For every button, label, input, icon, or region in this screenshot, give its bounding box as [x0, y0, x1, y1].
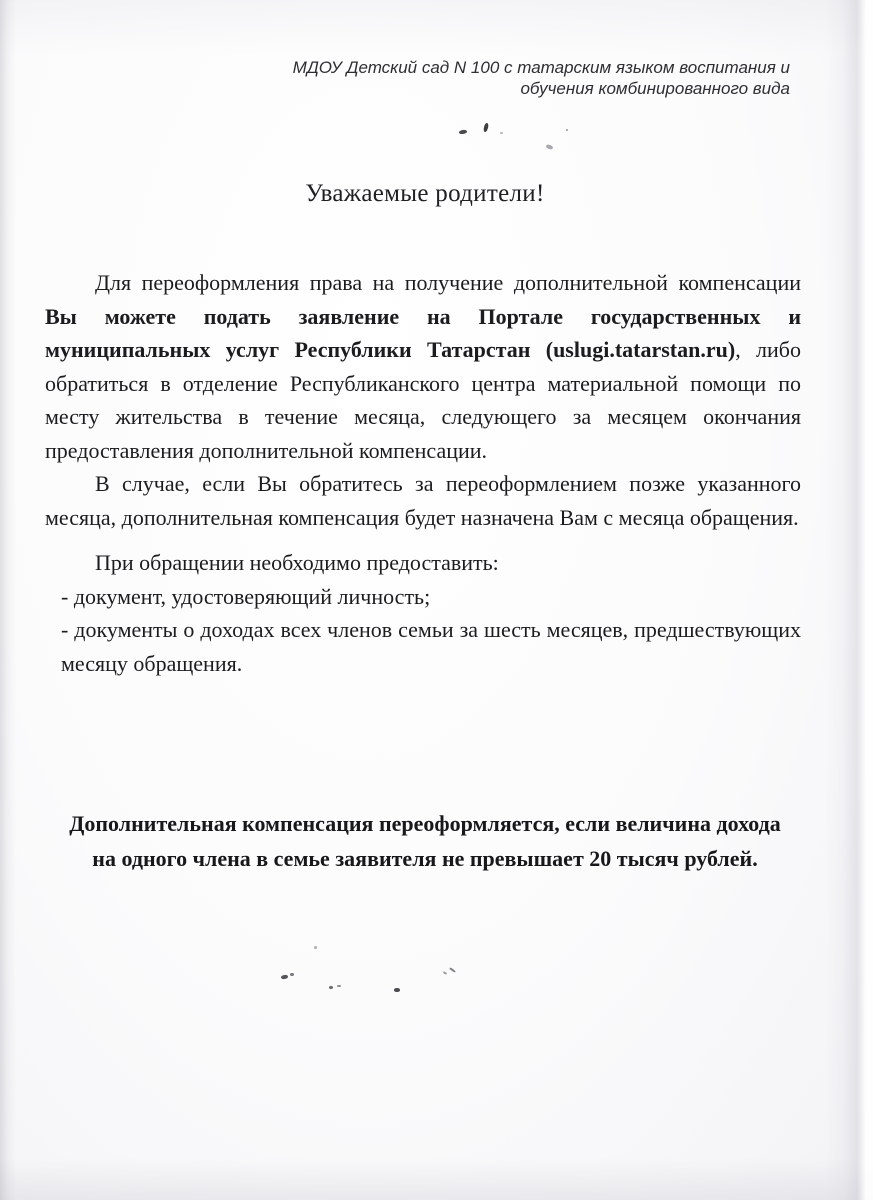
- requirements-intro: При обращении необходимо предоставить:: [45, 546, 801, 580]
- paragraph-reissue-info-portal-bold: Вы можете подать заявление на Портале го…: [45, 304, 801, 363]
- requirement-item-income: - документы о доходах всех членов семьи …: [61, 613, 801, 680]
- ink-speck: [394, 988, 400, 992]
- ink-speck: [290, 973, 294, 976]
- letter-body: Для переоформления права на получение до…: [45, 266, 801, 680]
- ink-speck: [443, 971, 447, 975]
- organization-header: МДОУ Детский сад N 100 с татарским языко…: [293, 57, 790, 99]
- paragraph-reissue-info: Для переоформления права на получение до…: [45, 266, 801, 467]
- income-threshold-notice-line1: Дополнительная компенсация переоформляет…: [38, 806, 812, 841]
- ink-speck: [483, 123, 489, 133]
- ink-speck: [449, 967, 456, 973]
- income-threshold-notice-line2: на одного члена в семье заявителя не пре…: [38, 841, 812, 876]
- ink-speck: [459, 129, 467, 134]
- organization-header-line1: МДОУ Детский сад N 100 с татарским языко…: [293, 57, 790, 78]
- ink-speck: [314, 946, 317, 949]
- ink-speck: [500, 132, 503, 134]
- scanned-letter-page: МДОУ Детский сад N 100 с татарским языко…: [0, 0, 873, 1200]
- income-threshold-notice: Дополнительная компенсация переоформляет…: [38, 806, 812, 876]
- ink-speck: [546, 144, 554, 150]
- ink-speck: [337, 985, 341, 987]
- requirement-item-identity: - документ, удостоверяющий личность;: [61, 580, 801, 614]
- ink-speck: [566, 129, 568, 131]
- organization-header-line2: обучения комбинированного вида: [293, 78, 790, 99]
- paragraph-reissue-info-lead: Для переоформления права на получение до…: [95, 270, 801, 295]
- ink-speck: [329, 986, 333, 989]
- letter-title: Уважаемые родители!: [45, 180, 805, 208]
- ink-speck: [281, 974, 289, 979]
- paragraph-late-application: В случае, если Вы обратитесь за переофор…: [45, 467, 801, 534]
